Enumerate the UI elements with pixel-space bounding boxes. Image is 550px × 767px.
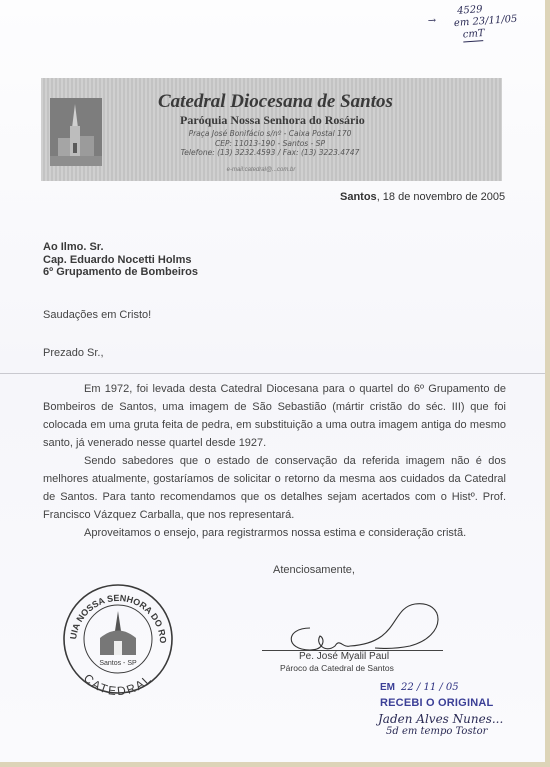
arrow-icon: → <box>427 15 436 28</box>
closing: Atenciosamente, <box>273 564 355 576</box>
paragraph: Sendo sabedores que o estado de conserva… <box>43 452 506 524</box>
letterhead-title: Catedral Diocesana de Santos <box>158 91 458 113</box>
paragraph: Em 1972, foi levada desta Catedral Dioce… <box>43 380 506 452</box>
paragraph: Aproveitamos o ensejo, para registrarmos… <box>43 524 506 542</box>
fold-line <box>0 373 545 374</box>
parish-stamp: PARÓQUIA NOSSA SENHORA DO ROSÁRIO CATEDR… <box>62 583 174 695</box>
letterhead: Catedral Diocesana de Santos Paróquia No… <box>41 78 502 181</box>
received-original-label: RECEBI O ORIGINAL <box>380 697 503 709</box>
letter-date: Santos, 18 de novembro de 2005 <box>340 191 505 203</box>
handwritten-receiver-rank: 5d em tempo Tostor <box>386 726 503 737</box>
letterhead-subtitle: Paróquia Nossa Senhora do Rosário <box>180 113 365 128</box>
cathedral-photo-icon <box>50 98 102 166</box>
svg-text:CATEDRAL: CATEDRAL <box>81 671 155 695</box>
recipient-block: Ao Ilmo. Sr. Cap. Eduardo Nocetti Holms … <box>43 241 198 279</box>
svg-text:Santos - SP: Santos - SP <box>99 660 137 667</box>
letterhead-email: e-mail:catedral@...com.br <box>161 167 361 173</box>
cathedral-icon <box>100 611 136 655</box>
signer-role: Pároco da Catedral de Santos <box>280 663 394 673</box>
signer-name: Pe. José Myalil Paul <box>299 651 389 662</box>
letterhead-address: Praça José Bonifácio s/nº - Caixa Postal… <box>145 129 395 158</box>
letter-body: Em 1972, foi levada desta Catedral Dioce… <box>43 380 506 542</box>
greeting: Saudações em Cristo! <box>43 309 151 321</box>
salutation: Prezado Sr., <box>43 347 104 359</box>
handwritten-protocol-note: → 4529 em 23/11/05 cmT <box>449 2 519 44</box>
handwritten-signature <box>280 598 450 658</box>
handwritten-receiver-signature: Jaden Alves Nunes... <box>378 712 503 726</box>
received-stamp: EM22 / 11 / 05 RECEBI O ORIGINAL Jaden A… <box>380 677 503 737</box>
letter-page: → 4529 em 23/11/05 cmT Catedral Diocesan… <box>0 0 545 762</box>
